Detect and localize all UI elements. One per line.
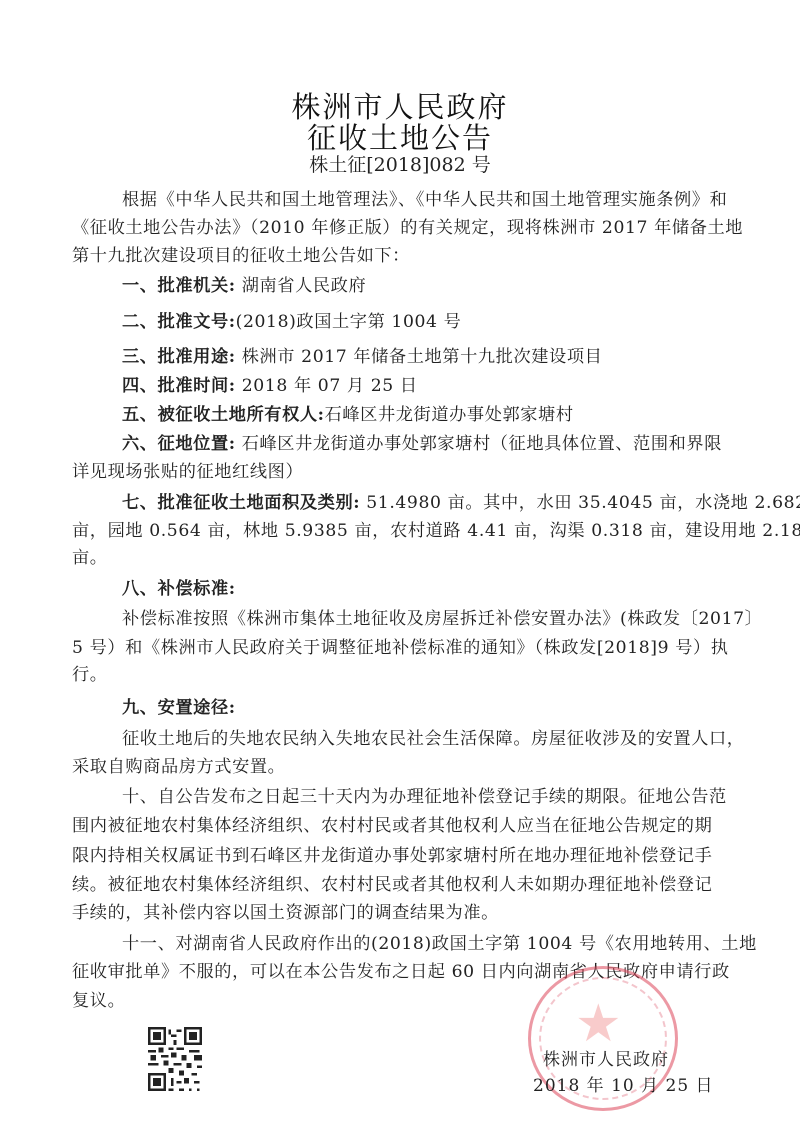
compensation-line: 补偿标准按照《株洲市集体土地征收及房屋拆迁补偿安置办法》(株政发〔2017〕 bbox=[122, 604, 800, 629]
registration-line: 续。被征地农村集体经济组织、农村村民或者其他权利人未如期办理征地补偿登记 bbox=[72, 870, 772, 895]
item-value: 石峰区井龙街道办事处郭家塘村（征地具体位置、范围和界限 bbox=[236, 434, 722, 454]
item-value: 湖南省人民政府 bbox=[236, 276, 367, 296]
item-label: 六、征地位置: bbox=[122, 434, 236, 454]
issuer-signature: 株洲市人民政府 bbox=[543, 1045, 669, 1070]
item-approval-purpose: 三、批准用途: 株洲市 2017 年储备土地第十九批次建设项目 bbox=[122, 342, 800, 367]
item-value: 株洲市 2017 年储备土地第十九批次建设项目 bbox=[236, 347, 603, 367]
item-location: 六、征地位置: 石峰区井龙街道办事处郭家塘村（征地具体位置、范围和界限 bbox=[122, 429, 800, 454]
issue-date: 2018 年 10 月 25 日 bbox=[533, 1071, 714, 1096]
item-approval-date: 四、批准时间: 2018 年 07 月 25 日 bbox=[122, 371, 800, 396]
intro-line: 根据《中华人民共和国土地管理法》、《中华人民共和国土地管理实施条例》和 bbox=[122, 185, 800, 210]
section-resettlement: 九、安置途径: bbox=[122, 693, 800, 718]
item-value: 2018 年 07 月 25 日 bbox=[236, 376, 418, 396]
registration-line: 限内持相关权属证书到石峰区井龙街道办事处郭家塘村所在地办理征地补偿登记手 bbox=[72, 841, 772, 866]
item-location-line2: 详见现场张贴的征地红线图） bbox=[72, 457, 772, 482]
registration-line: 围内被征地农村集体经济组织、农村村民或者其他权利人应当在征地公告规定的期 bbox=[72, 811, 772, 836]
title-line-1: 株洲市人民政府 bbox=[0, 90, 800, 124]
document-number: 株土征[2018]082 号 bbox=[0, 150, 800, 177]
qr-code[interactable] bbox=[148, 1027, 202, 1091]
item-label: 五、被征收土地所有权人: bbox=[122, 405, 325, 425]
appeal-line: 十一、对湖南省人民政府作出的(2018)政国土字第 1004 号《农用地转用、土… bbox=[122, 929, 800, 954]
compensation-line: 行。 bbox=[72, 660, 772, 685]
item-land-owner: 五、被征收土地所有权人:石峰区井龙街道办事处郭家塘村 bbox=[122, 400, 800, 425]
registration-line: 十、自公告发布之日起三十天内为办理征地补偿登记手续的期限。征地公告范 bbox=[122, 782, 800, 807]
resettlement-line: 征收土地后的失地农民纳入失地农民社会生活保障。房屋征收涉及的安置人口， bbox=[122, 724, 800, 749]
item-area-line2: 亩，园地 0.564 亩，林地 5.9385 亩，农村道路 4.41 亩，沟渠 … bbox=[72, 516, 772, 541]
item-label: 二、批准文号: bbox=[122, 312, 236, 332]
item-label: 三、批准用途: bbox=[122, 347, 236, 367]
item-value: (2018)政国土字第 1004 号 bbox=[236, 312, 462, 332]
item-value: 石峰区井龙街道办事处郭家塘村 bbox=[325, 405, 574, 425]
item-area-line3: 亩。 bbox=[72, 543, 772, 568]
intro-line: 《征收土地公告办法》（2010 年修正版）的有关规定，现将株洲市 2017 年储… bbox=[72, 213, 772, 238]
item-area-category: 七、批准征收土地面积及类别: 51.4980 亩。其中，水田 35.4045 亩… bbox=[122, 488, 800, 513]
item-approval-authority: 一、批准机关: 湖南省人民政府 bbox=[122, 271, 800, 296]
registration-line: 手续的，其补偿内容以国土资源部门的调查结果为准。 bbox=[72, 898, 772, 923]
intro-line: 第十九批次建设项目的征收土地公告如下： bbox=[72, 241, 772, 266]
item-label: 七、批准征收土地面积及类别: bbox=[122, 493, 360, 513]
item-value: 51.4980 亩。其中，水田 35.4045 亩，水浇地 2.682 bbox=[360, 493, 800, 513]
resettlement-line: 采取自购商品房方式安置。 bbox=[72, 752, 772, 777]
item-label: 一、批准机关: bbox=[122, 276, 236, 296]
item-label: 四、批准时间: bbox=[122, 376, 236, 396]
item-approval-number: 二、批准文号:(2018)政国土字第 1004 号 bbox=[122, 307, 800, 332]
appeal-line: 征收审批单》不服的，可以在本公告发布之日起 60 日内向湖南省人民政府申请行政 bbox=[72, 957, 772, 982]
section-compensation-standard: 八、补偿标准: bbox=[122, 574, 800, 599]
compensation-line: 5 号）和《株洲市人民政府关于调整征地补偿标准的通知》（株政发[2018]9 号… bbox=[72, 633, 772, 658]
